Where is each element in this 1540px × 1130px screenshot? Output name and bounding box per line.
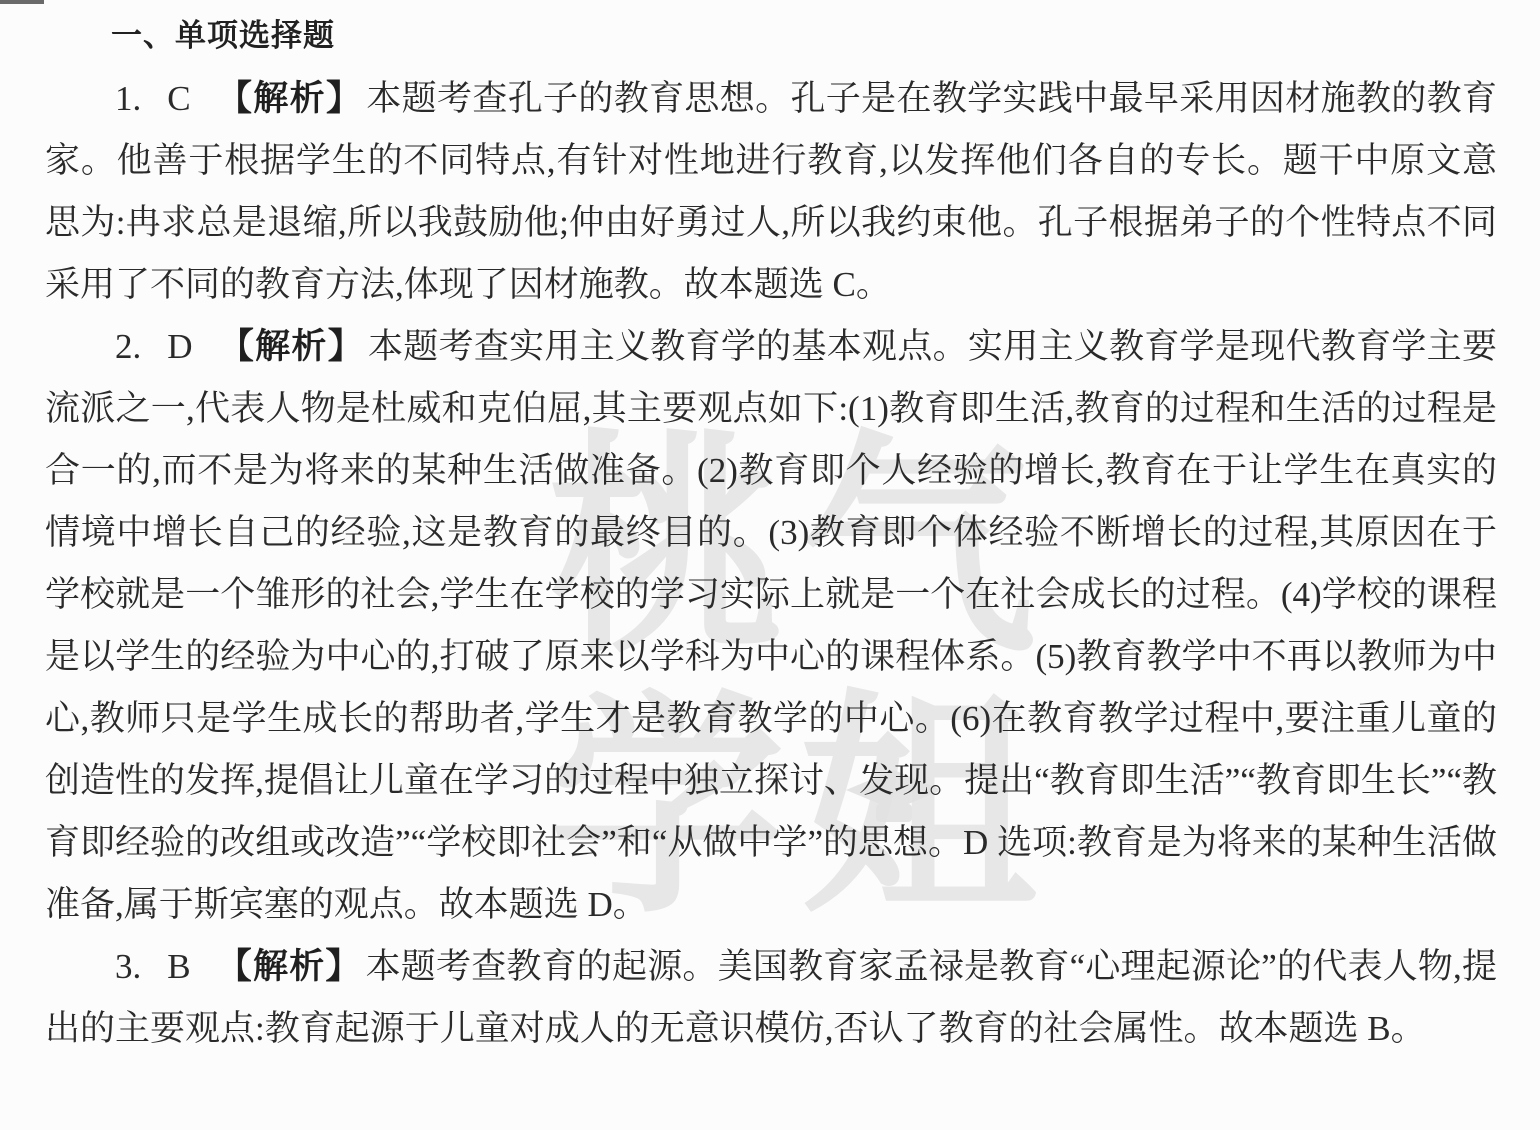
analysis-label: 【解析】 xyxy=(219,327,364,367)
analysis-text: 本题考查实用主义教育学的基本观点。实用主义教育学是现代教育学主要流派之一,代表人… xyxy=(45,327,1497,924)
document-content: 一、单项选择题 1.C【解析】本题考查孔子的教育思想。孔子是在教学实践中最早采用… xyxy=(45,14,1497,1060)
analysis-label: 【解析】 xyxy=(217,947,362,987)
question-number: 3. xyxy=(115,947,141,986)
question-number: 1. xyxy=(115,79,141,118)
question-number: 2. xyxy=(115,327,141,366)
analysis-label: 【解析】 xyxy=(217,79,363,119)
answer-item-1: 1.C【解析】本题考查孔子的教育思想。孔子是在教学实践中最早采用因材施教的教育家… xyxy=(45,68,1497,316)
section-heading: 一、单项选择题 xyxy=(111,14,1497,58)
answer-letter: C xyxy=(167,79,190,118)
scan-edge-artifact xyxy=(0,0,44,4)
answer-letter: B xyxy=(167,947,190,986)
answer-item-3: 3.B【解析】本题考查教育的起源。美国教育家孟禄是教育“心理起源论”的代表人物,… xyxy=(45,936,1497,1060)
answer-letter: D xyxy=(167,327,192,366)
answer-item-2: 2.D【解析】本题考查实用主义教育学的基本观点。实用主义教育学是现代教育学主要流… xyxy=(45,316,1497,936)
answer-key-page: 桃气 学姐 一、单项选择题 1.C【解析】本题考查孔子的教育思想。孔子是在教学实… xyxy=(0,0,1540,1130)
